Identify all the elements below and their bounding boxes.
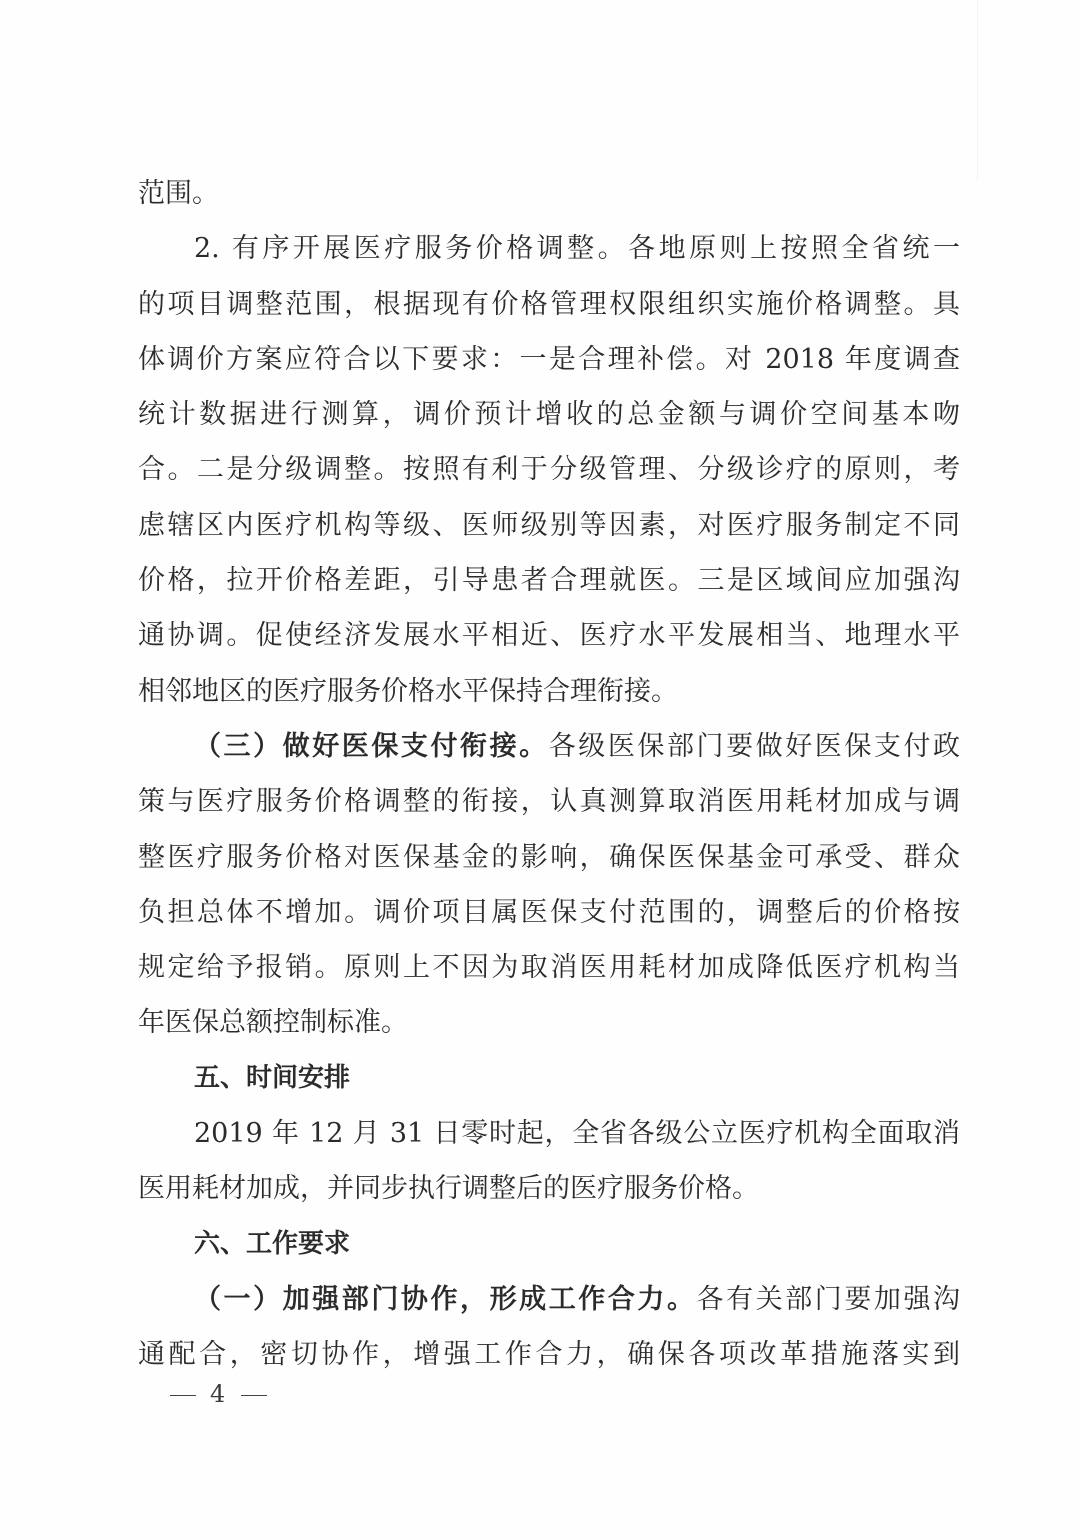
paragraph-medical-insurance: （三）做好医保支付衔接。各级医保部门要做好医保支付政 策与医疗服务价格调整的衔接…	[138, 719, 960, 1051]
paragraph-coordination: （一）加强部门协作，形成工作合力。各有关部门要加强沟 通配合，密切协作，增强工作…	[138, 1272, 960, 1383]
text-line: 2019 年 12 月 31 日零时起，全省各级公立医疗机构全面取消	[138, 1106, 960, 1161]
text-line: （一）加强部门协作，形成工作合力。各有关部门要加强沟	[138, 1272, 960, 1327]
text-line: 合。二是分级调整。按照有利于分级管理、分级诊疗的原则，考	[138, 442, 960, 497]
text-line: 策与医疗服务价格调整的衔接，认真测算取消医用耗材加成与调	[138, 774, 960, 829]
paragraph-lead: （一）加强部门协作，形成工作合力。	[194, 1284, 697, 1315]
text-line: 的项目调整范围，根据现有价格管理权限组织实施价格调整。具	[138, 277, 960, 332]
dash-decoration	[170, 1395, 196, 1396]
document-page: 范围。 2. 有序开展医疗服务价格调整。各地原则上按照全省统一 的项目调整范围，…	[0, 0, 1080, 1540]
scan-artifact-line	[977, 0, 978, 180]
paragraph-schedule: 2019 年 12 月 31 日零时起，全省各级公立医疗机构全面取消 医用耗材加…	[138, 1106, 960, 1217]
text-line: 2. 有序开展医疗服务价格调整。各地原则上按照全省统一	[138, 221, 960, 276]
dash-decoration	[241, 1395, 267, 1396]
text-line: 年医保总额控制标准。	[138, 995, 960, 1050]
page-footer: 4	[170, 1380, 281, 1408]
text-fragment: 各级医保部门要做好医保支付政	[549, 731, 960, 762]
text-line: 虑辖区内医疗机构等级、医师级别等因素，对医疗服务制定不同	[138, 498, 960, 553]
text-line: 通协调。促使经济发展水平相近、医疗水平发展相当、地理水平	[138, 608, 960, 663]
paragraph-continuation: 范围。	[138, 166, 960, 221]
text-line: 规定给予报销。原则上不因为取消医用耗材加成降低医疗机构当	[138, 940, 960, 995]
text-line: 价格，拉开价格差距，引导患者合理就医。三是区域间应加强沟	[138, 553, 960, 608]
text-line: 通配合，密切协作，增强工作合力，确保各项改革措施落实到	[138, 1327, 960, 1382]
text-line: 相邻地区的医疗服务价格水平保持合理衔接。	[138, 664, 960, 719]
text-line: 医用耗材加成，并同步执行调整后的医疗服务价格。	[138, 1161, 960, 1216]
section-heading-schedule: 五、时间安排	[138, 1051, 960, 1106]
section-heading-requirements: 六、工作要求	[138, 1217, 960, 1272]
text-line: 体调价方案应符合以下要求：一是合理补偿。对 2018 年度调查	[138, 332, 960, 387]
paragraph-price-adjustment: 2. 有序开展医疗服务价格调整。各地原则上按照全省统一 的项目调整范围，根据现有…	[138, 221, 960, 719]
text-line: 负担总体不增加。调价项目属医保支付范围的，调整后的价格按	[138, 885, 960, 940]
text-fragment: 各有关部门要加强沟	[697, 1284, 960, 1315]
document-body: 范围。 2. 有序开展医疗服务价格调整。各地原则上按照全省统一 的项目调整范围，…	[138, 166, 960, 1383]
text-line: （三）做好医保支付衔接。各级医保部门要做好医保支付政	[138, 719, 960, 774]
page-number: 4	[210, 1380, 227, 1408]
text-line: 统计数据进行测算，调价预计增收的总金额与调价空间基本吻	[138, 387, 960, 442]
text-line: 整医疗服务价格对医保基金的影响，确保医保基金可承受、群众	[138, 830, 960, 885]
paragraph-lead: （三）做好医保支付衔接。	[194, 731, 549, 762]
